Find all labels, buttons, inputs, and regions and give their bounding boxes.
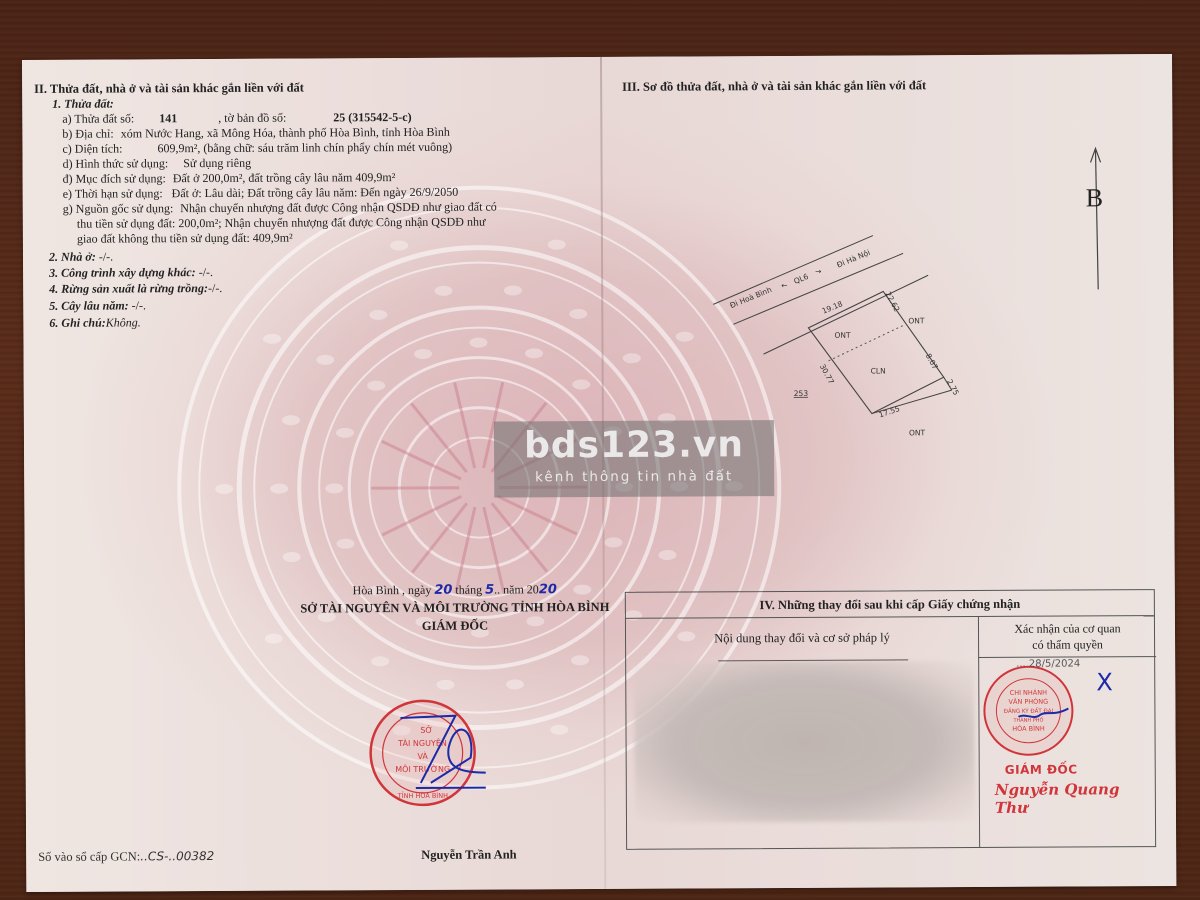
stamp-line-4: MÔI TRƯỜNG xyxy=(395,763,450,774)
issue-place: Hòa Bình , ngày xyxy=(353,583,432,597)
watermark-banner: bds123.vn kênh thông tin nhà đất xyxy=(494,420,774,497)
approval-date: ... 28/5/2024 xyxy=(1016,658,1080,669)
signature-block: Hòa Bình , ngày 20 tháng 5.. năm 2020 SỞ… xyxy=(255,582,655,635)
code-inner-top: ONT xyxy=(834,331,851,340)
branch-stamp-icon: CHI NHÁNH VĂN PHÒNG ĐĂNG KÝ ĐẤT ĐAI THÀN… xyxy=(978,660,1079,761)
parcel-heading: 1. Thửa đất: xyxy=(52,97,114,112)
usage-form-row: d) Hình thức sử dụng: Sử dụng riêng xyxy=(63,156,252,172)
address-value: xóm Nước Hang, xã Mông Hóa, thành phố Hò… xyxy=(121,125,450,141)
area-label: c) Diện tích: xyxy=(62,141,122,155)
issue-day: 20 xyxy=(434,583,452,598)
planted-forest-value: -/-. xyxy=(208,281,222,295)
perennial-trees-value: -/-. xyxy=(129,298,146,312)
road-right-arrow: → xyxy=(815,267,821,276)
neighbor-parcel: 253 xyxy=(794,389,809,398)
usage-term-label: e) Thời hạn sử dụng: xyxy=(63,186,163,201)
dim-bottom: 17.55 xyxy=(878,404,901,419)
approver-role: GIÁM ĐỐC xyxy=(1005,762,1078,776)
branch-stamp-line-1: CHI NHÁNH xyxy=(1010,688,1048,697)
changes-table: IV. Những thay đổi sau khi cấp Giấy chứn… xyxy=(625,589,1156,850)
other-construction-value: -/-. xyxy=(196,265,213,279)
code-inner-bottom: CLN xyxy=(871,366,886,375)
approval-mark: X xyxy=(1096,668,1113,696)
watermark-title: bds123.vn xyxy=(494,422,774,469)
house-label: 2. Nhà ở: xyxy=(49,250,96,264)
month-label: tháng xyxy=(455,583,482,597)
usage-form-value: Sử dụng riêng xyxy=(183,156,251,170)
dim-right-short: 2.75 xyxy=(945,378,961,397)
road-name-label: QL6 xyxy=(793,272,810,286)
road-right-label: Đi Hà Nội xyxy=(835,248,871,270)
origin-line2: thu tiền sử dụng đất: 200,0m²; Nhận chuy… xyxy=(77,215,486,232)
other-construction-row: 3. Công trình xây dựng khác: -/-. xyxy=(49,265,213,281)
area-row: c) Diện tích: 609,9m², (bằng chữ: sáu tr… xyxy=(62,140,452,157)
notes-row: 6. Ghi chú:Không. xyxy=(49,315,140,330)
map-sheet-label: , tờ bản đồ số: xyxy=(218,111,286,125)
section2-title: II. Thửa đất, nhà ở và tài sản khác gắn … xyxy=(34,81,304,97)
other-construction-label: 3. Công trình xây dựng khác: xyxy=(49,265,196,280)
dim-left: 30.77 xyxy=(818,363,836,386)
issue-year-suffix: 20 xyxy=(539,582,557,597)
house-row: 2. Nhà ở: -/-. xyxy=(49,250,113,265)
stamp-line-1: SỞ xyxy=(420,724,432,735)
issue-date: Hòa Bình , ngày 20 tháng 5.. năm 2020 xyxy=(255,582,655,599)
stamp-line-3: VÀ xyxy=(417,750,428,761)
branch-stamp-line-5: HÒA BÌNH xyxy=(1012,724,1045,733)
north-arrow-icon: B xyxy=(1077,144,1118,294)
dim-right-upper: 22.62 xyxy=(883,290,901,313)
origin-line1: Nhận chuyển nhượng đất được Công nhận QS… xyxy=(180,200,497,216)
area-value: 609,9m², (bằng chữ: sáu trăm linh chín p… xyxy=(157,140,452,156)
stamp-bottom: TỈNH HÒA BÌNH xyxy=(397,791,448,800)
register-value: ..CS-..00382 xyxy=(140,849,214,863)
parcel-number-value: 141 xyxy=(159,111,177,125)
usage-term-value: Đất ở: Lâu dài; Đất trồng cây lâu năm: Đ… xyxy=(172,185,459,201)
branch-stamp-line-2: VĂN PHÒNG xyxy=(1009,697,1049,706)
address-label: b) Địa chỉ: xyxy=(62,127,113,141)
usage-form-label: d) Hình thức sử dụng: xyxy=(63,156,169,171)
confirm-line1: Xác nhận của cơ quan xyxy=(979,620,1156,637)
road-left-label: Đi Hoà Bình xyxy=(729,285,774,310)
parcel-diagram: Đi Hoà Bình ← QL6 → Đi Hà Nội 19.18 22.6… xyxy=(703,185,1024,447)
house-value: -/-. xyxy=(96,250,113,264)
register-number-row: Số vào sổ cấp GCN:..CS-..00382 xyxy=(38,849,214,865)
planted-forest-row: 4. Rừng sản xuất là rừng trồng:-/-. xyxy=(49,281,222,297)
usage-purpose-label: đ) Mục đích sử dụng: xyxy=(63,171,166,186)
perennial-trees-row: 5. Cây lâu năm: -/-. xyxy=(49,298,146,314)
redacted-area xyxy=(634,661,975,823)
map-sheet-value: 25 (315542-5-c) xyxy=(333,110,411,124)
usage-purpose-row: đ) Mục đích sử dụng: Đất ở 200,0m², đất … xyxy=(63,170,396,187)
signer-name: Nguyễn Trần Anh xyxy=(421,847,516,862)
north-label: B xyxy=(1086,183,1103,212)
issuing-agency: SỞ TÀI NGUYÊN VÀ MÔI TRƯỜNG TỈNH HÒA BÌN… xyxy=(255,600,655,617)
origin-line3: giao đất không thu tiền sử dụng đất: 409… xyxy=(77,231,293,247)
land-certificate-sheet: II. Thửa đất, nhà ở và tài sản khác gắn … xyxy=(22,54,1176,892)
code-outer-bottom: ONT xyxy=(909,428,926,437)
notes-label: 6. Ghi chú: xyxy=(49,316,105,330)
column-change-content: Nội dung thay đổi và cơ sở pháp lý xyxy=(626,617,978,659)
issue-month: 5 xyxy=(485,583,494,598)
watermark-subtitle: kênh thông tin nhà đất xyxy=(494,468,774,485)
year-label: năm 20 xyxy=(503,582,539,596)
section3-title: III. Sơ đồ thửa đất, nhà ở và tài sản kh… xyxy=(622,78,926,95)
approver-name: Nguyễn Quang Thư xyxy=(995,780,1155,817)
register-label: Số vào sổ cấp GCN: xyxy=(38,849,140,864)
code-outer-right: ONT xyxy=(908,316,925,325)
notes-value: Không. xyxy=(106,315,141,329)
road-left-arrow: ← xyxy=(781,281,787,290)
confirm-line2: có thẩm quyền xyxy=(979,636,1156,653)
parcel-number-label: a) Thửa đất số: xyxy=(62,111,134,125)
planted-forest-label: 4. Rừng sản xuất là rừng trồng: xyxy=(49,281,208,296)
origin-label: g) Nguồn gốc sử dụng: xyxy=(63,201,174,216)
usage-purpose-value: Đất ở 200,0m², đất trồng cây lâu năm 409… xyxy=(173,170,396,185)
dim-top: 19.18 xyxy=(821,299,844,316)
signer-role: GIÁM ĐỐC xyxy=(255,618,655,635)
perennial-trees-label: 5. Cây lâu năm: xyxy=(49,298,128,312)
column-authority-confirmation: Xác nhận của cơ quan có thẩm quyền xyxy=(978,616,1156,657)
official-stamp-icon: SỞ TÀI NGUYÊN VÀ MÔI TRƯỜNG TỈNH HÒA BÌN… xyxy=(360,688,491,819)
section4-title: IV. Những thay đổi sau khi cấp Giấy chứn… xyxy=(626,590,1154,619)
